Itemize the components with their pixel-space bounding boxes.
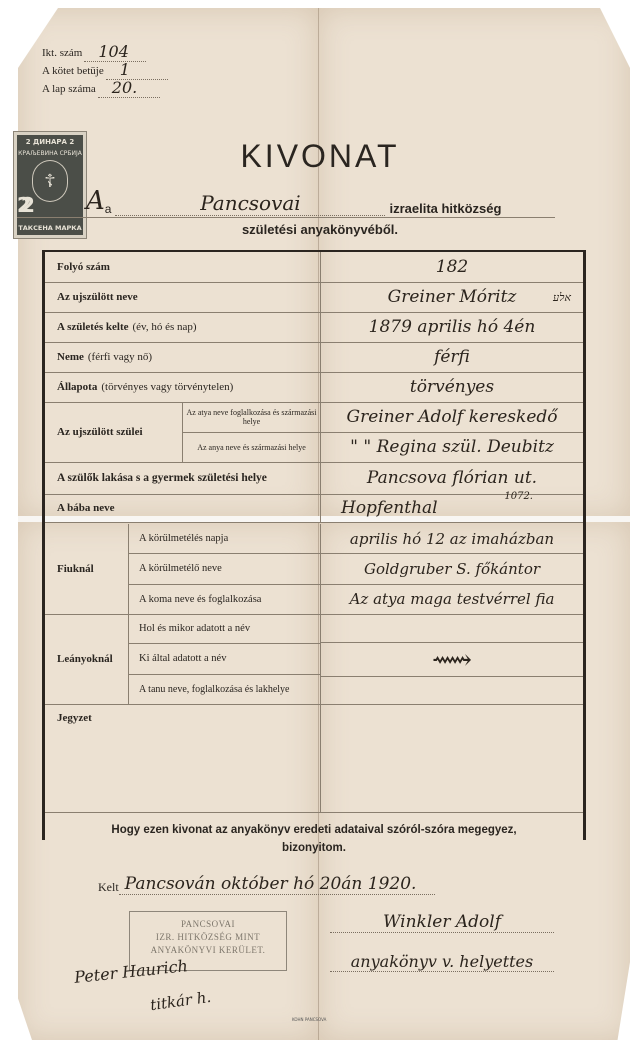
printer-mark: KOHN PANCSOVA [292,1017,326,1022]
row-label: A szülők lakása s a gyermek születési he… [57,472,267,484]
table-row-birth-date: A születés kelte(év, hó és nap) 1879 apr… [45,312,583,343]
witness-value [321,677,583,705]
certification-line-2: bizonyitom. [45,839,583,857]
row-label: Állapota [57,381,97,393]
witness-label: A tanu neve, foglalkozása és lakhelye [129,675,320,704]
circumciser-label: A körülmetélő neve [129,554,320,584]
strikeout-flourish: ⟿ [321,643,583,677]
table-row-residence: A szülők lakása s a gyermek születési he… [45,462,583,495]
circumcision-date-label: A körülmetélés napja [129,524,320,554]
naming-place-label: Hol és mikor adatott a név [129,614,320,644]
table-row-parents: Az ujszülött szülei Az atya neve foglalk… [45,402,583,463]
row-label: Neme [57,351,84,363]
row-label: Folyó szám [57,261,110,273]
row-value: Greiner Móritz [388,287,517,307]
dated-value: Pancsován október hó 20án 1920. [119,874,435,895]
residence-value: Pancsova flórian ut. [367,468,537,488]
table-row-legitimacy: Állapota(törvényes vagy törvénytelen) tö… [45,372,583,403]
girls-label: Leányoknál [45,614,129,704]
father-label: Az atya neve foglalkozása és származási … [183,402,320,433]
boys-label: Fiuknál [45,524,129,614]
seal-line-3: ANYAKÖNYVI KERÜLET. [130,944,286,957]
row-value: 1879 aprilis hó 4én [321,312,583,342]
hebrew-annotation: אלע [553,291,571,304]
registrar-role: anyakönyv v. helyettes [330,952,554,972]
row-note: (év, hó és nap) [132,321,196,333]
registrar-signature: Winkler Adolf [330,912,554,933]
table-row-sex: Neme(férfi vagy nő) férfi [45,342,583,373]
table-group-girls: Leányoknál Hol és mikor adatott a név Ki… [45,614,583,705]
table-row-newborn-name: Az ujszülött neve Greiner Móritzאלע [45,282,583,313]
lap-szama-value: 20. [112,79,137,97]
kotet-betuje-value: 1 [120,61,130,79]
circumciser-value: Goldgruber S. főkántor [321,554,583,584]
dated-line: Kelt Pancsován október hó 20án 1920. [98,874,435,895]
printed-article: a [105,202,112,216]
congregation-line: A a Pancsovai izraelita hitközség [86,186,556,216]
father-value: Greiner Adolf kereskedő [321,402,583,433]
congregation-name: Pancsovai [115,191,385,216]
congregation-type: izraelita hitközség [389,201,501,216]
table-row-notes: Jegyzet [45,704,583,813]
seal-line-1: PANCSOVAI [130,918,286,931]
row-value: férfi [321,342,583,372]
certification-line-1: Hogy ezen kivonat az anyakönyv eredeti a… [45,821,583,839]
row-value: törvényes [321,372,583,402]
handwritten-article: A [86,186,105,216]
notes-label: Jegyzet [57,712,92,724]
godfather-label: A koma neve és foglalkozása [129,585,320,614]
row-label: A bába neve [57,502,114,514]
mother-label: Az anya neve és származási helye [183,433,320,463]
mother-value: " " Regina szül. Deubitz [321,433,583,463]
ikt-szam-value: 104 [98,43,129,61]
dated-label: Kelt [98,880,119,895]
ikt-szam-label: Ikt. szám [42,44,82,62]
row-note: (férfi vagy nő) [88,351,152,363]
named-by-label: Ki által adatott a név [129,644,320,674]
godfather-value: Az atya maga testvérrel fia [321,585,583,614]
certification-statement: Hogy ezen kivonat az anyakönyv eredeti a… [45,812,583,857]
circumcision-date-value: aprilis hó 12 az imaházban [321,524,583,554]
registry-meta: Ikt. szám104 A kötet betüje1 A lap száma… [42,44,168,98]
table-row-folyo-szam: Folyó szám 182 [45,252,583,283]
document-title: KIVONAT [0,138,640,175]
lap-szama-label: A lap száma [42,80,96,98]
document-subtitle: születési anyakönyvéből. [0,222,640,237]
table-group-boys: Fiuknál A körülmetélés napja A körülmeté… [45,524,583,615]
row-note: (törvényes vagy törvénytelen) [101,381,233,393]
table-row-midwife: A bába neve Hopfenthal [45,494,583,523]
row-label: A születés kelte [57,321,128,333]
kotet-betuje-label: A kötet betüje [42,62,104,80]
parents-label: Az ujszülött szülei [45,402,183,462]
naming-place-value [321,614,583,643]
seal-line-2: IZR. HITKÖZSÉG MINT [130,931,286,944]
midwife-value: Hopfenthal [321,494,583,522]
row-value: 182 [321,252,583,282]
row-label: Az ujszülött neve [57,291,138,303]
